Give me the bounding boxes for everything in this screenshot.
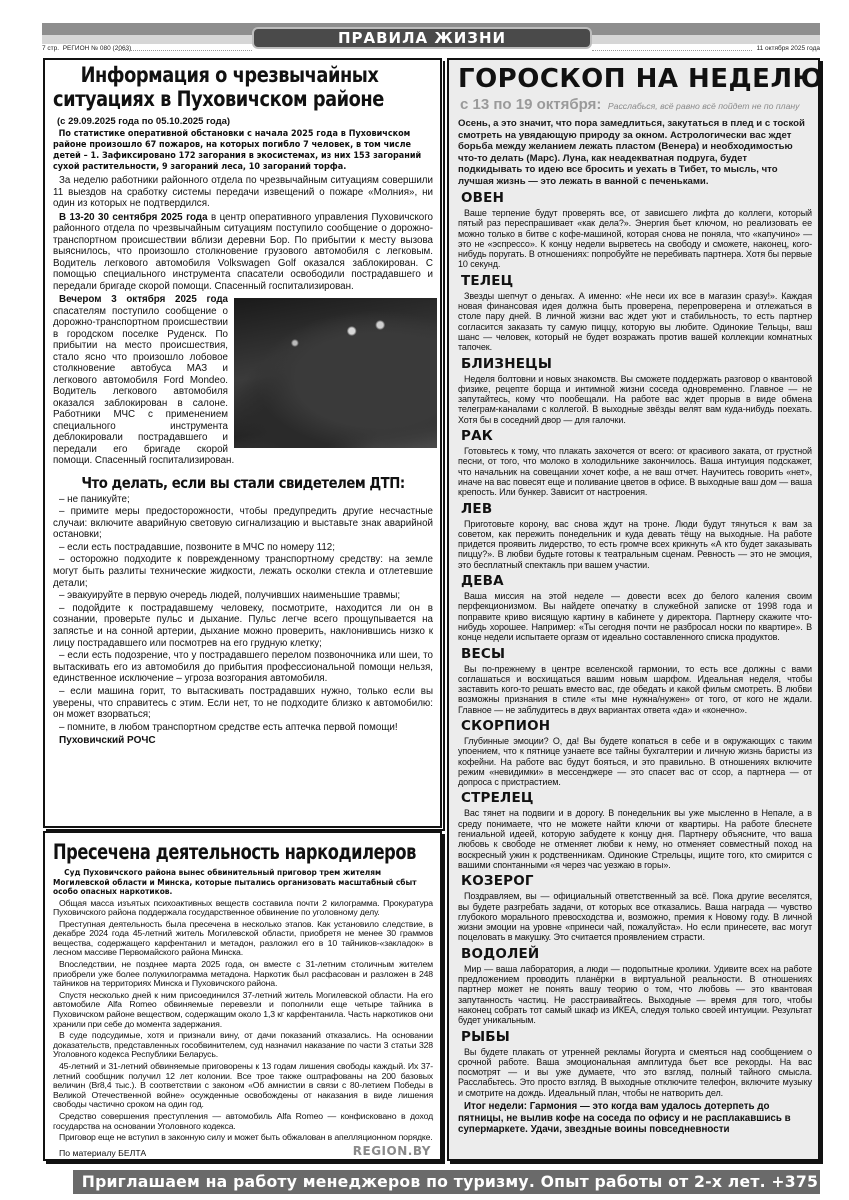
horoscope-dates: с 13 по 19 октября: xyxy=(460,96,601,113)
horoscope-summary: Итог недели: Гармония — это когда вам уд… xyxy=(458,1101,812,1136)
article-lead: Суд Пуховичского района вынес обвинитель… xyxy=(53,868,431,897)
sign-text-leo: Приготовьте корону, вас снова ждут на тр… xyxy=(458,519,812,570)
sign-heading-leo: ЛЕВ xyxy=(461,501,812,518)
article-paragraph: Спустя несколько дней к ним присоединилс… xyxy=(53,991,433,1029)
tip-item: – эвакуируйте в первую очередь людей, по… xyxy=(53,590,433,602)
horoscope-tagline: Расслабься, всё равно всё пойдет не по п… xyxy=(608,101,800,111)
tip-item: – если машина горит, то вытаскивать пост… xyxy=(53,686,433,721)
sign-heading-pisces: РЫБЫ xyxy=(461,1029,812,1046)
sign-text-aries: Ваше терпение будут проверять все, от за… xyxy=(458,208,812,270)
sign-heading-capricorn: КОЗЕРОГ xyxy=(461,873,812,890)
article-title-line1: Информация о чрезвычайных xyxy=(53,64,403,88)
article-paragraph: Приговор еще не вступил в законную силу … xyxy=(53,1133,433,1143)
article-paragraph: Вечером 3 октября 2025 года спасателям п… xyxy=(53,294,433,467)
sign-heading-taurus: ТЕЛЕЦ xyxy=(461,273,812,290)
sign-heading-aquarius: ВОДОЛЕЙ xyxy=(461,946,812,963)
sign-text-taurus: Звезды шепчут о деньгах. А именно: «Не н… xyxy=(458,291,812,353)
folio-divider xyxy=(592,50,752,51)
dtp-tips-list: – не паникуйте; – примите меры предостор… xyxy=(53,494,433,734)
tip-item: – если есть пострадавшие, позвоните в МЧ… xyxy=(53,542,433,554)
sign-text-sagittarius: Вас тянет на подвиги и в дорогу. В понед… xyxy=(458,808,812,870)
tip-item: – если есть подозрение, что у пострадавш… xyxy=(53,650,433,685)
sign-text-virgo: Ваша миссия на этой неделе — довести все… xyxy=(458,591,812,642)
article-paragraph: 45-летний и 31-летний обвиняемые пригово… xyxy=(53,1062,433,1110)
article-paragraph: Средство совершения преступления — автом… xyxy=(53,1112,433,1131)
sign-text-pisces: Вы будете плакать от утренней рекламы йо… xyxy=(458,1047,812,1098)
sign-text-scorpio: Глубинные эмоции? О, да! Вы будете копат… xyxy=(458,736,812,787)
section-title: ПРАВИЛА ЖИЗНИ xyxy=(252,27,592,49)
sign-heading-cancer: РАК xyxy=(461,428,812,445)
article-lead: По статистике оперативной обстановки с н… xyxy=(53,129,432,173)
folio-divider xyxy=(118,50,252,51)
page-number: 7 стр. xyxy=(42,45,59,52)
narcotics-article: Пресечена деятельность наркодилеров Суд … xyxy=(43,831,442,1161)
article-period: (с 29.09.2025 года по 05.10.2025 года) xyxy=(57,116,433,127)
paragraph-date: Вечером 3 октября 2025 года xyxy=(59,294,228,305)
dtp-heading: Что делать, если вы стали свидетелем ДТП… xyxy=(63,473,424,493)
sign-text-libra: Вы по-прежнему в центре вселенской гармо… xyxy=(458,664,812,715)
tip-item: – осторожно подходите к поврежденному тр… xyxy=(53,554,433,589)
job-ad-banner: Приглашаем на работу менеджеров по туриз… xyxy=(73,1170,820,1194)
sign-heading-gemini: БЛИЗНЕЦЫ xyxy=(461,356,812,373)
sign-heading-aries: ОВЕН xyxy=(461,190,812,207)
horoscope-title: ГОРОСКОП НА НЕДЕЛЮ xyxy=(458,63,812,95)
sign-text-capricorn: Поздравляем, вы — официальный ответствен… xyxy=(458,891,812,942)
article-paragraph: В 13-20 30 сентября 2025 года в центр оп… xyxy=(53,212,433,293)
article-title-line2: ситуациях в Пуховичском районе xyxy=(53,88,403,112)
article-paragraph: Впоследствии, не позднее марта 2025 года… xyxy=(53,960,433,989)
sign-text-aquarius: Мир — ваша лаборатория, а люди — подопыт… xyxy=(458,964,812,1026)
region-by-logo: REGION.BY xyxy=(353,1144,431,1158)
sign-heading-scorpio: СКОРПИОН xyxy=(461,718,812,735)
article-paragraph: В суде подсудимые, хотя и признали вину,… xyxy=(53,1031,433,1060)
tip-item: – примите меры предосторожности, чтобы п… xyxy=(53,506,433,541)
sign-text-cancer: Готовьтесь к тому, что плакать захочется… xyxy=(458,446,812,497)
folio-left: 7 стр. РЕГИОН № 080 (2063) xyxy=(42,44,131,54)
article-title: Пресечена деятельность наркодилеров xyxy=(53,839,380,865)
tip-item: – помните, в любом транспортном средстве… xyxy=(53,722,433,734)
article-source: По материалу БЕЛТА xyxy=(59,1148,146,1158)
article-paragraph: За неделю работники районного отдела по … xyxy=(53,175,433,210)
horoscope-intro: Осень, а это значит, что пора замедлитьс… xyxy=(458,118,812,187)
tip-item: – не паникуйте; xyxy=(53,494,433,506)
job-ad-text: Приглашаем на работу менеджеров по туриз… xyxy=(82,1170,849,1194)
sign-heading-virgo: ДЕВА xyxy=(461,573,812,590)
sign-heading-libra: ВЕСЫ xyxy=(461,646,812,663)
article-footer: По материалу БЕЛТА REGION.BY xyxy=(53,1144,433,1158)
tip-item: – подойдите к пострадавшему человеку, по… xyxy=(53,603,433,649)
accident-photo xyxy=(234,298,437,448)
horoscope-subtitle: с 13 по 19 октября: Расслабься, всё равн… xyxy=(460,96,812,114)
sign-heading-sagittarius: СТРЕЛЕЦ xyxy=(461,790,812,807)
horoscope-article: ГОРОСКОП НА НЕДЕЛЮ с 13 по 19 октября: Р… xyxy=(447,58,820,1161)
paragraph-date: В 13-20 30 сентября 2025 года xyxy=(59,212,208,223)
sign-text-gemini: Неделя болтовни и новых знакомств. Вы см… xyxy=(458,374,812,425)
emergency-article: Информация о чрезвычайных ситуациях в Пу… xyxy=(43,58,442,828)
article-signature: Пуховичский РОЧС xyxy=(59,735,433,746)
article-paragraph: Общая масса изъятых психоактивных вещест… xyxy=(53,899,433,918)
article-paragraph: Преступная деятельность была пресечена в… xyxy=(53,920,433,958)
issue-date: 11 октября 2025 года xyxy=(756,44,820,54)
